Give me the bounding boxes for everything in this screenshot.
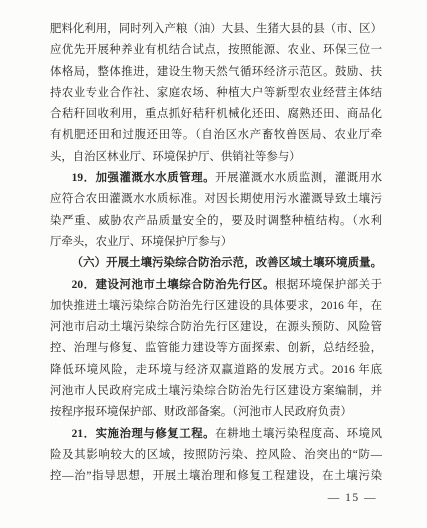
document-line: 合秸秆回收利用，重点抓好秸秆机械化还田、腐熟还田、商品化 — [50, 104, 382, 125]
document-line: 应优先开展种养业有机结合试点，按照能源、农业、环保三位一 — [50, 40, 382, 61]
document-line: 按程序报环境保护部、财政部备案。（河池市人民政府负责） — [50, 402, 382, 423]
document-line: 厅牵头，农业厅、环境保护厅参与） — [50, 232, 382, 253]
document-line-item-21: 21．实施治理与修复工程。在耕地土壤污染程度高、环境风 — [50, 424, 382, 445]
document-line-item-20: 20．建设河池市土壤综合防治先行区。根据环境保护部关于 — [50, 275, 382, 296]
document-line: 有机肥还田和过腹还田等。（自治区水产畜牧兽医局、农业厅牵 — [50, 125, 382, 146]
document-line: 控、治理与修复、监管能力建设等方面探索、创新，总结经验， — [50, 338, 382, 359]
document-line: 头，自治区林业厅、环境保护厅、供销社等参与） — [50, 147, 382, 168]
document-line: 持农业专业合作社、家庭农场、种植大户等新型农业经营主体结 — [50, 83, 382, 104]
document-heading-section-6: （六）开展土壤污染综合防治示范，改善区域土壤环境质量。 — [50, 253, 382, 274]
document-line: 体格局，整体推进，建设生物天然气循环经济示范区。鼓励、扶 — [50, 62, 382, 83]
document-line: 险及其影响较大的区域，按照防污染、控风险、治突出的“防— — [50, 445, 382, 466]
document-line-item-19: 19．加强灌溉水水质管理。开展灌溉水水质监测，灌溉用水 — [50, 168, 382, 189]
document-line: 控—治”指导思想，开展土壤治理和修复工程建设，在土壤污染 — [50, 466, 382, 487]
document-line: 肥料化利用，同时列入产粮（油）大县、生猪大县的县（市、区） — [50, 19, 382, 40]
document-line: 降低环境风险，走环境与经济双赢道路的发展方式。2016 年底前， — [50, 360, 382, 381]
document-line: 加快推进土壤污染综合防治先行区建设的具体要求，2016 年，在 — [50, 296, 382, 317]
document-line: 河池市人民政府完成土壤污染综合防治先行区建设方案编制，并 — [50, 381, 382, 402]
document-line: 河池市启动土壤污染综合防治先行区建设，在源头预防、风险管 — [50, 317, 382, 338]
page-number: — 15 — — [328, 492, 377, 505]
document-line: 染严重、威胁农产品质量安全的，要及时调整种植结构。（水利 — [50, 211, 382, 232]
document-line: 应符合农田灌溉水水质标准。对因长期使用污水灌溉导致土壤污 — [50, 189, 382, 210]
document-text: 肥料化利用，同时列入产粮（油）大县、生猪大县的县（市、区） 应优先开展种养业有机… — [50, 19, 382, 488]
document-page: 肥料化利用，同时列入产粮（油）大县、生猪大县的县（市、区） 应优先开展种养业有机… — [0, 0, 427, 528]
